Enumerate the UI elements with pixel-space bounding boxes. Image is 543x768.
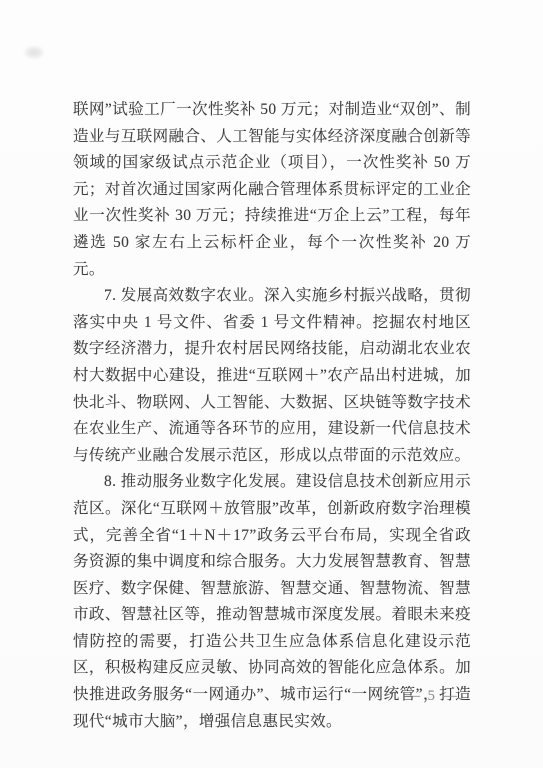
document-page: 联网”试验工厂一次性奖补 50 万元；对制造业“双创”、制造业与互联网融合、人工… — [0, 0, 543, 768]
document-body-text: 联网”试验工厂一次性奖补 50 万元；对制造业“双创”、制造业与互联网融合、人工… — [73, 97, 471, 735]
paragraph-continuation: 联网”试验工厂一次性奖补 50 万元；对制造业“双创”、制造业与互联网融合、人工… — [73, 97, 471, 283]
paragraph-item-7: 7. 发展高效数字农业。深入实施乡村振兴战略，贯彻落实中央 1 号文件、省委 1… — [73, 283, 471, 469]
page-number: — 5 — — [406, 688, 460, 705]
scan-smudge-artifact — [24, 46, 44, 59]
